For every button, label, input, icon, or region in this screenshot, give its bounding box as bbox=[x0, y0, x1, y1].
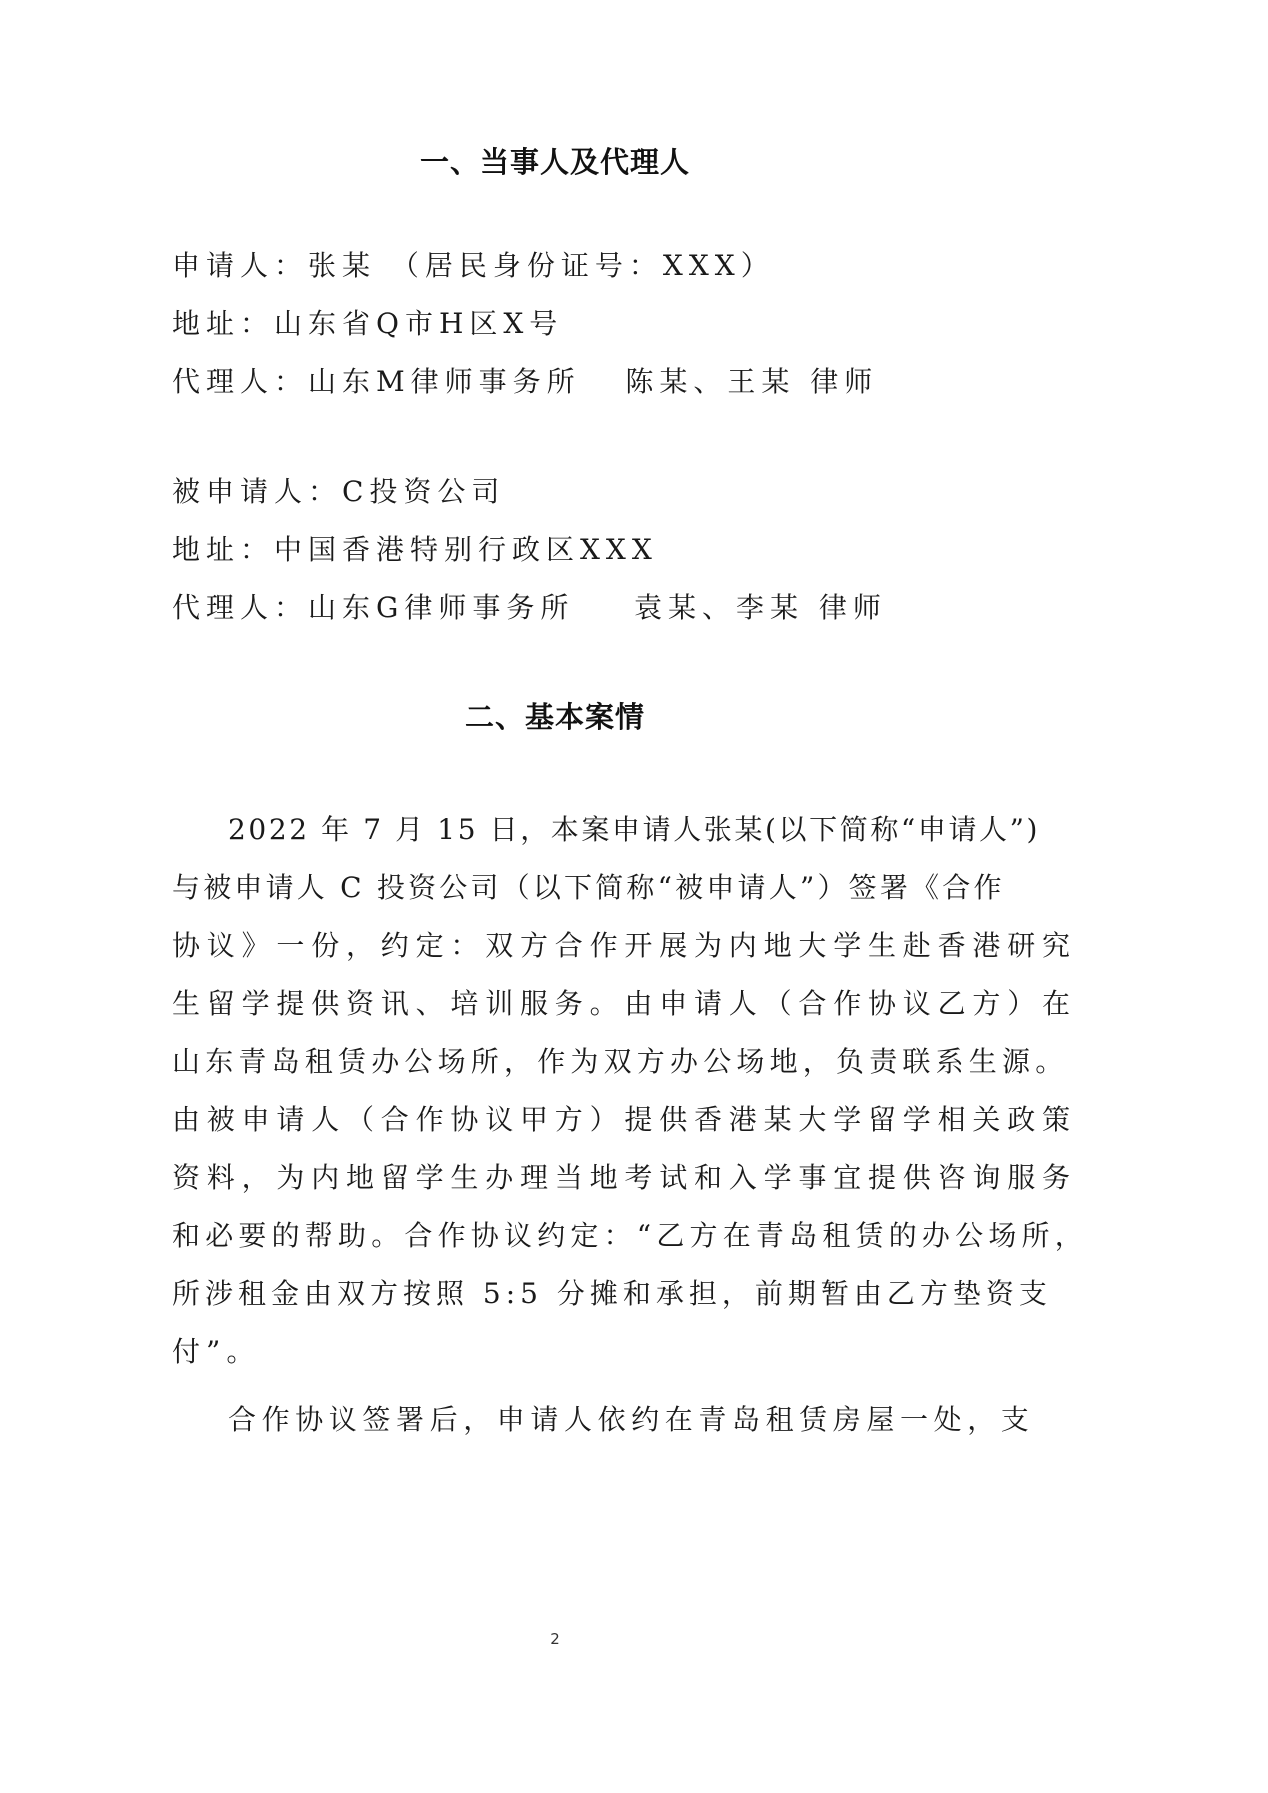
page-number: 2 bbox=[0, 1630, 1110, 1648]
respondent-agent-line: 代理人：山东G律师事务所 袁某、李某 律师 bbox=[172, 586, 887, 626]
paragraph-line: 与被申请人 C 投资公司（以下简称“被申请人”）签署《合作 bbox=[172, 866, 1005, 906]
paragraph-line: 和必要的帮助。合作协议约定：“乙方在青岛租赁的办公场所， bbox=[172, 1214, 1088, 1254]
paragraph-line: 所涉租金由双方按照 5:5 分摊和承担，前期暂由乙方垫资支 bbox=[172, 1272, 1052, 1312]
paragraph-line: 资料，为内地留学生办理当地考试和入学事宜提供咨询服务 bbox=[172, 1156, 1077, 1196]
section-heading-case-facts: 二、基本案情 bbox=[0, 695, 1110, 736]
section-heading-parties: 一、当事人及代理人 bbox=[0, 140, 1110, 181]
respondent-address-line: 地址：中国香港特别行政区XXX bbox=[172, 528, 658, 568]
paragraph-line: 生留学提供资讯、培训服务。由申请人（合作协议乙方）在 bbox=[172, 982, 1077, 1022]
paragraph-line: 协议》一份，约定：双方合作开展为内地大学生赴香港研究 bbox=[172, 924, 1077, 964]
paragraph-line: 付”。 bbox=[172, 1330, 260, 1370]
paragraph-line: 合作协议签署后，申请人依约在青岛租赁房屋一处，支 bbox=[228, 1398, 1034, 1438]
document-page: 一、当事人及代理人 申请人：张某 （居民身份证号：XXX） 地址：山东省Q市H区… bbox=[0, 0, 1268, 1793]
applicant-name-line: 申请人：张某 （居民身份证号：XXX） bbox=[172, 244, 775, 284]
respondent-name-line: 被申请人：C投资公司 bbox=[172, 470, 505, 510]
paragraph-line: 2022 年 7 月 15 日，本案申请人张某(以下简称“申请人”) bbox=[228, 808, 1040, 848]
paragraph-line: 由被申请人（合作协议甲方）提供香港某大学留学相关政策 bbox=[172, 1098, 1077, 1138]
applicant-address-line: 地址：山东省Q市H区X号 bbox=[172, 302, 563, 342]
paragraph-line: 山东青岛租赁办公场所，作为双方办公场地，负责联系生源。 bbox=[172, 1040, 1068, 1080]
applicant-agent-line: 代理人：山东M律师事务所 陈某、王某 律师 bbox=[172, 360, 878, 400]
